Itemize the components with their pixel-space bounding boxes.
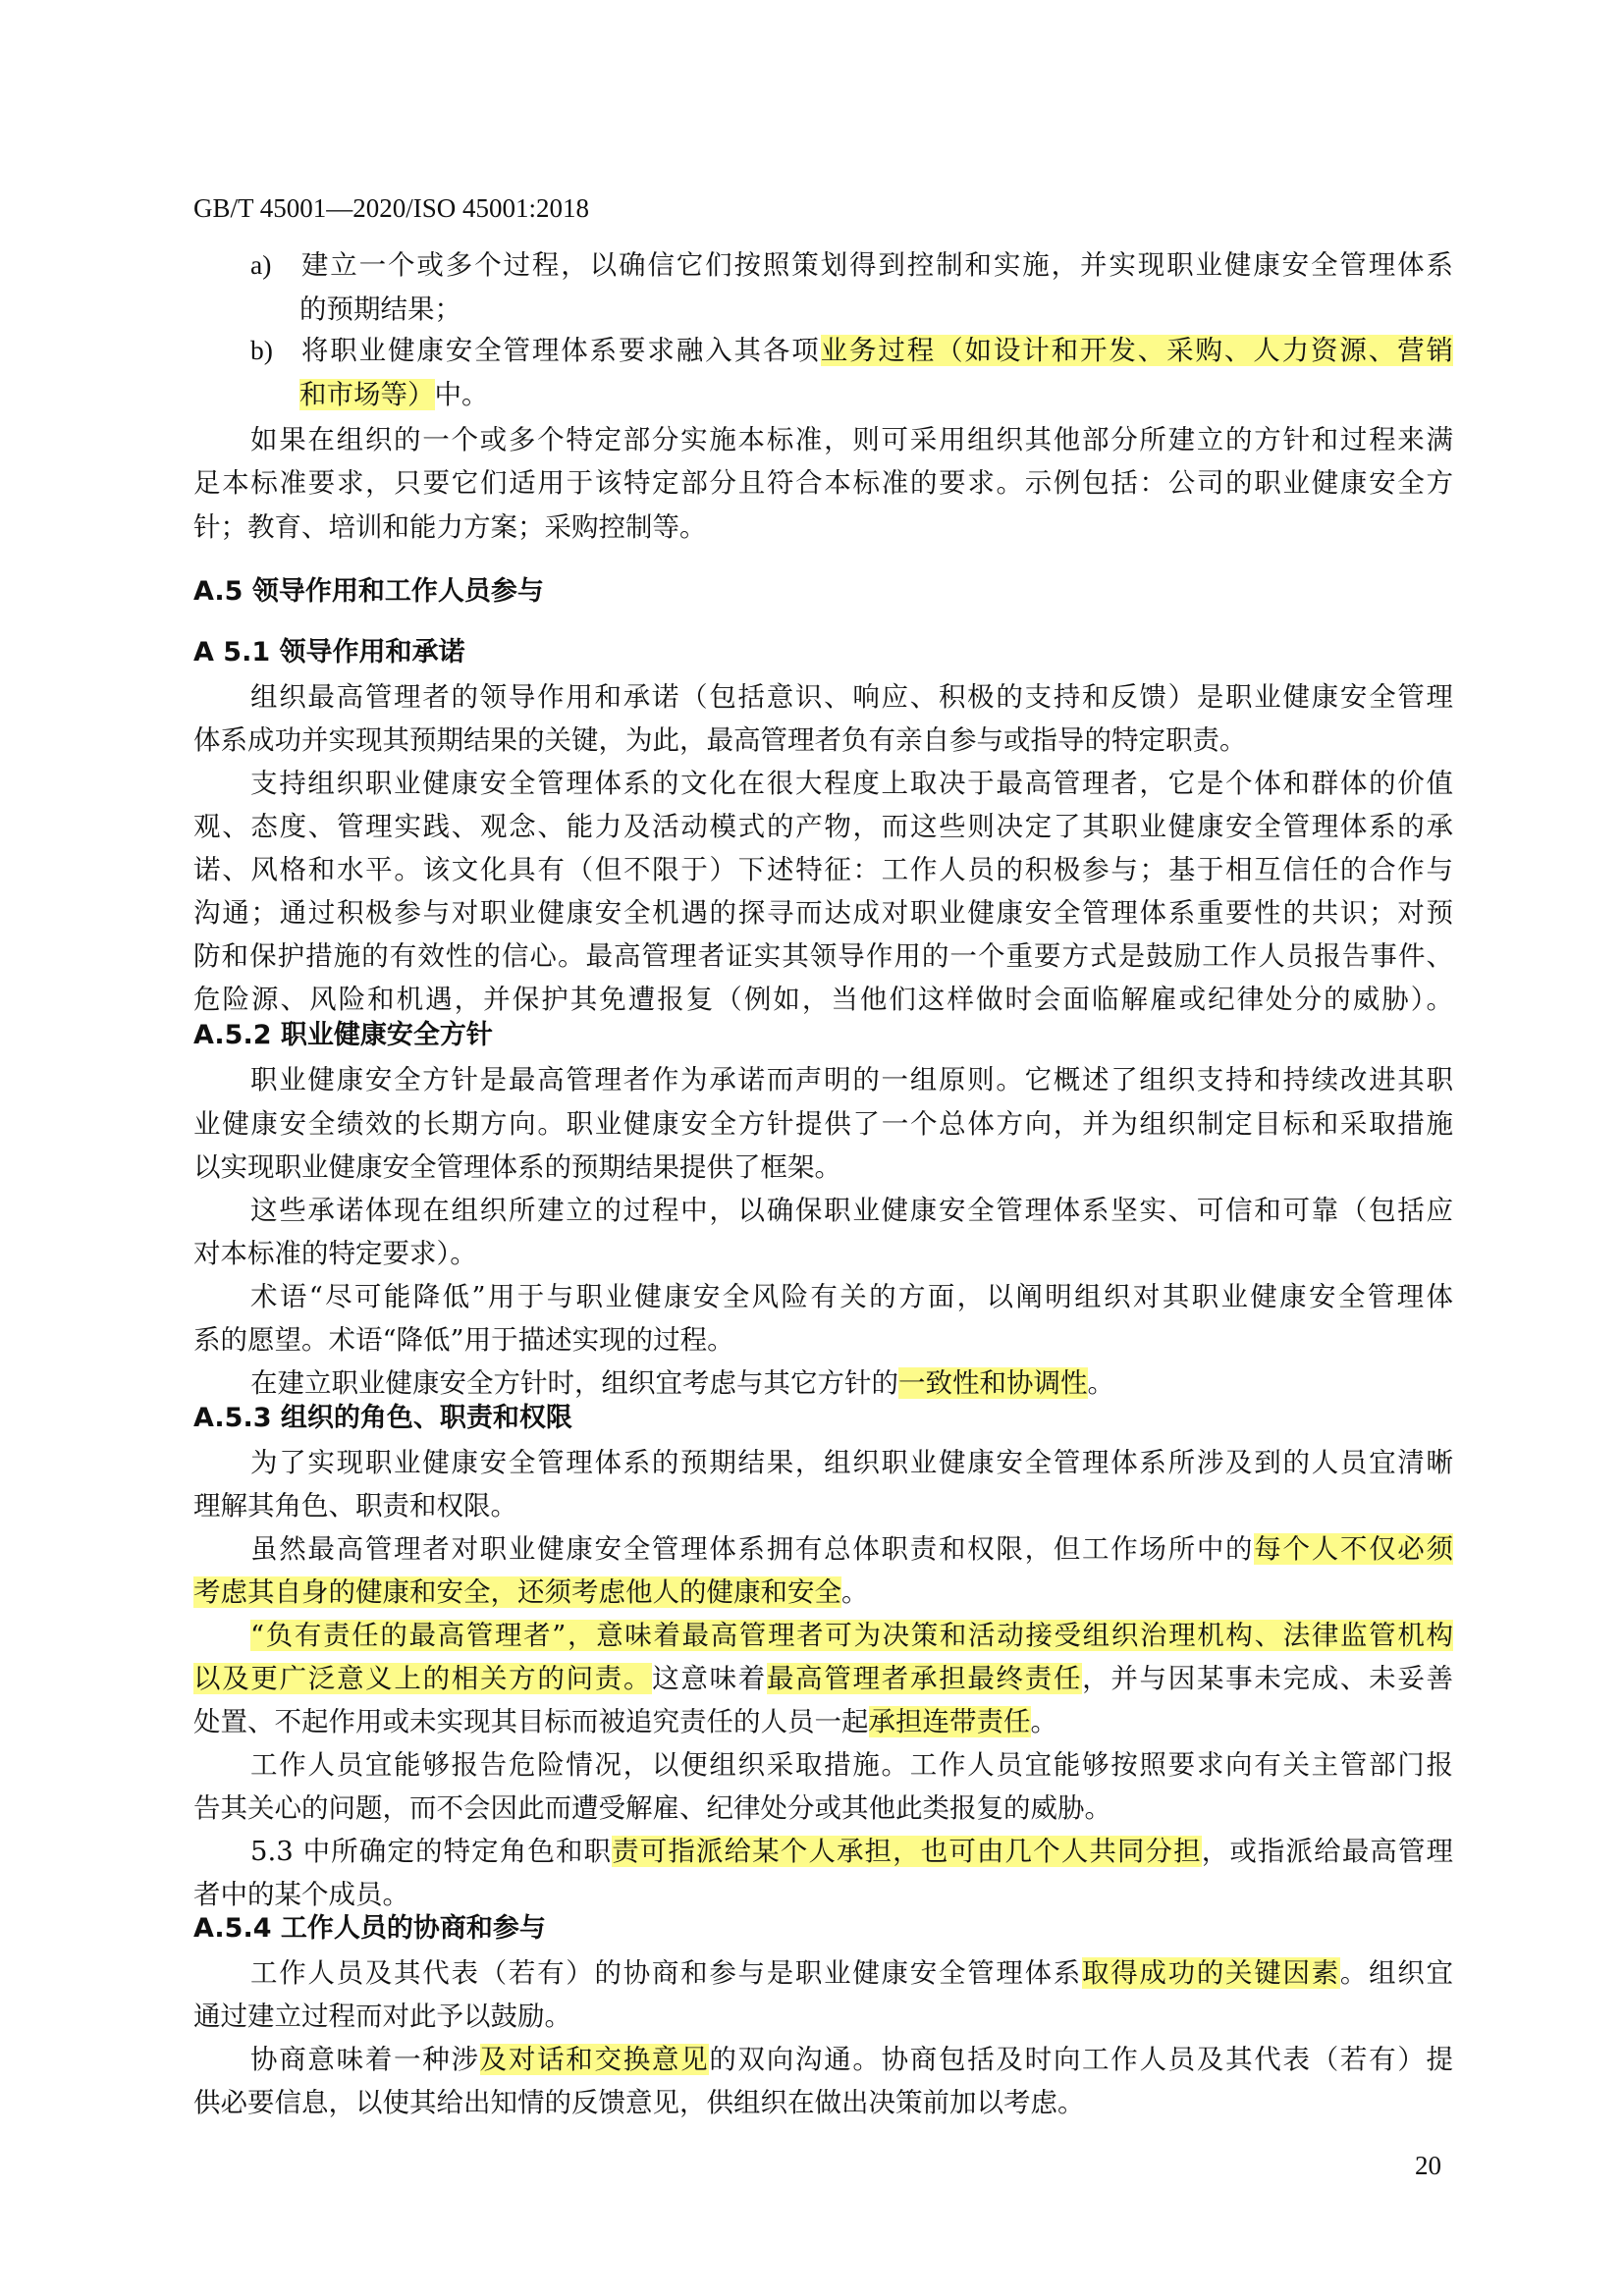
- paragraph-line: 诺、风格和水平。该文化具有（但不限于）下述特征：工作人员的积极参与；基于相互信任…: [193, 850, 1453, 889]
- highlighted-text: 取得成功的关键因素: [1082, 1957, 1340, 1989]
- paragraph-line: 虽然最高管理者对职业健康安全管理体系拥有总体职责和权限，但工作场所中的每个人不仅…: [250, 1529, 1453, 1569]
- text-run: 通过建立过程而对此予以鼓励。: [193, 2001, 571, 2032]
- text-run: 防和保护措施的有效性的信心。最高管理者证实其领导作用的一个重要方式是鼓励工作人员…: [193, 940, 1453, 972]
- document-page: GB/T 45001—2020/ISO 45001:2018 a)建立一个或多个…: [0, 0, 1624, 2296]
- list-item-a-cont: 的预期结果；: [299, 290, 1453, 329]
- paragraph-line: 通过建立过程而对此予以鼓励。: [193, 1997, 1453, 2036]
- text-run: 将职业健康安全管理体系要求融入其各项: [299, 335, 821, 366]
- text-run: 工作人员及其代表（若有）的协商和参与是职业健康安全管理体系: [250, 1957, 1082, 1989]
- text-run: 业健康安全绩效的长期方向。职业健康安全方针提供了一个总体方向，并为组织制定目标和…: [193, 1108, 1453, 1140]
- text-run: 这意味着: [652, 1663, 767, 1694]
- paragraph-line: 以实现职业健康安全管理体系的预期结果提供了框架。: [193, 1148, 1453, 1187]
- highlighted-text: 考虑其自身的健康和安全，还须考虑他人的健康和安全: [193, 1576, 841, 1608]
- paragraph-line: 职业健康安全方针是最高管理者作为承诺而声明的一组原则。它概述了组织支持和持续改进…: [250, 1060, 1453, 1099]
- paragraph-line: “负有责任的最高管理者”，意味着最高管理者可为决策和活动接受组织治理机构、法律监…: [250, 1616, 1453, 1655]
- paragraph-line: 危险源、风险和机遇，并保护其免遭报复（例如，当他们这样做时会面临解雇或纪律处分的…: [193, 980, 1453, 1019]
- list-item-b: b)将职业健康安全管理体系要求融入其各项业务过程（如设计和开发、采购、人力资源、…: [250, 331, 1453, 370]
- text-run: 中。: [435, 379, 489, 410]
- text-run: 的双向沟通。协商包括及时向工作人员及其代表（若有）提: [709, 2044, 1453, 2075]
- text-run: 组织最高管理者的领导作用和承诺（包括意识、响应、积极的支持和反馈）是职业健康安全…: [250, 681, 1453, 713]
- text-run: ，或指派给最高管理: [1202, 1836, 1453, 1867]
- text-run: 支持组织职业健康安全管理体系的文化在很大程度上取决于最高管理者，它是个体和群体的…: [250, 768, 1453, 799]
- standard-header: GB/T 45001—2020/ISO 45001:2018: [193, 192, 589, 224]
- paragraph-line: 系的愿望。术语“降低”用于描述实现的过程。: [193, 1320, 1453, 1360]
- section-heading-a51: A 5.1 领导作用和承诺: [193, 633, 465, 672]
- paragraph-line: 观、态度、管理实践、观念、能力及活动模式的产物，而这些则决定了其职业健康安全管理…: [193, 807, 1453, 846]
- paragraph-line: 针；教育、培训和能力方案；采购控制等。: [193, 507, 1453, 547]
- highlighted-text: 业务过程（如设计和开发、采购、人力资源、营销: [821, 335, 1453, 366]
- list-label: b): [250, 331, 299, 370]
- text-run: 系的愿望。术语“降低”用于描述实现的过程。: [193, 1324, 734, 1356]
- paragraph-line: 术语“尽可能降低”用于与职业健康安全风险有关的方面，以阐明组织对其职业健康安全管…: [250, 1277, 1453, 1316]
- paragraph-line: 沟通；通过积极参与对职业健康安全机遇的探寻而达成对职业健康安全管理体系重要性的共…: [193, 893, 1453, 933]
- paragraph-line: 业健康安全绩效的长期方向。职业健康安全方针提供了一个总体方向，并为组织制定目标和…: [193, 1104, 1453, 1144]
- paragraph-line: 足本标准要求，只要它们适用于该特定部分且符合本标准的要求。示例包括：公司的职业健…: [193, 463, 1453, 503]
- text-run: 针；教育、培训和能力方案；采购控制等。: [193, 511, 707, 543]
- highlighted-text: “负有责任的最高管理者”，意味着最高管理者可为决策和活动接受组织治理机构、法律监…: [250, 1620, 1453, 1651]
- text-run: 者中的某个成员。: [193, 1879, 409, 1910]
- list-item-a: a)建立一个或多个过程，以确信它们按照策划得到控制和实施，并实现职业健康安全管理…: [250, 245, 1453, 285]
- text-run: 体系成功并实现其预期结果的关键，为此，最高管理者负有亲自参与或指导的特定职责。: [193, 724, 1247, 756]
- text-run: 沟通；通过积极参与对职业健康安全机遇的探寻而达成对职业健康安全管理体系重要性的共…: [193, 897, 1453, 929]
- text-run: 为了实现职业健康安全管理体系的预期结果，组织职业健康安全管理体系所涉及到的人员宜…: [250, 1447, 1453, 1478]
- text-run: 这些承诺体现在组织所建立的过程中，以确保职业健康安全管理体系坚实、可信和可靠（包…: [250, 1195, 1453, 1226]
- text-run: 。: [841, 1576, 869, 1608]
- highlighted-text: 以及更广泛意义上的相关方的问责。: [193, 1663, 652, 1694]
- paragraph-line: 组织最高管理者的领导作用和承诺（包括意识、响应、积极的支持和反馈）是职业健康安全…: [250, 677, 1453, 717]
- paragraph-line: 理解其角色、职责和权限。: [193, 1486, 1453, 1525]
- text-run: 在建立职业健康安全方针时，组织宜考虑与其它方针的: [250, 1367, 898, 1399]
- text-run: 。: [1088, 1367, 1115, 1399]
- paragraph-line: 以及更广泛意义上的相关方的问责。这意味着最高管理者承担最终责任，并与因某事未完成…: [193, 1659, 1453, 1698]
- text-run: 虽然最高管理者对职业健康安全管理体系拥有总体职责和权限，但工作场所中的: [250, 1533, 1254, 1565]
- text-run: 理解其角色、职责和权限。: [193, 1490, 517, 1522]
- text-run: 协商意味着一种涉: [250, 2044, 480, 2075]
- highlighted-text: 及对话和交换意见: [480, 2044, 710, 2075]
- text-run: 以实现职业健康安全管理体系的预期结果提供了框架。: [193, 1151, 841, 1183]
- text-run: 诺、风格和水平。该文化具有（但不限于）下述特征：工作人员的积极参与；基于相互信任…: [193, 854, 1453, 885]
- highlighted-text: 每个人不仅必须: [1254, 1533, 1453, 1565]
- text-run: 供必要信息，以使其给出知情的反馈意见，供组织在做出决策前加以考虑。: [193, 2087, 1085, 2118]
- paragraph-line: 这些承诺体现在组织所建立的过程中，以确保职业健康安全管理体系坚实、可信和可靠（包…: [250, 1191, 1453, 1230]
- text-run: 如果在组织的一个或多个特定部分实施本标准，则可采用组织其他部分所建立的方针和过程…: [250, 424, 1453, 455]
- text-run: 观、态度、管理实践、观念、能力及活动模式的产物，而这些则决定了其职业健康安全管理…: [193, 811, 1453, 842]
- paragraph-line: 在建立职业健康安全方针时，组织宜考虑与其它方针的一致性和协调性。: [250, 1363, 1453, 1403]
- paragraph-line: 考虑其自身的健康和安全，还须考虑他人的健康和安全。: [193, 1573, 1453, 1612]
- paragraph-line: 为了实现职业健康安全管理体系的预期结果，组织职业健康安全管理体系所涉及到的人员宜…: [250, 1443, 1453, 1482]
- paragraph-line: 告其关心的问题，而不会因此而遭受解雇、纪律处分或其他此类报复的威胁。: [193, 1789, 1453, 1828]
- text-run: 的预期结果；: [299, 294, 461, 325]
- paragraph-line: 者中的某个成员。: [193, 1875, 1453, 1914]
- text-run: 危险源、风险和机遇，并保护其免遭报复（例如，当他们这样做时会面临解雇或纪律处分的…: [193, 984, 1453, 1015]
- text-run: 职业健康安全方针是最高管理者作为承诺而声明的一组原则。它概述了组织支持和持续改进…: [250, 1064, 1453, 1095]
- paragraph-line: 防和保护措施的有效性的信心。最高管理者证实其领导作用的一个重要方式是鼓励工作人员…: [193, 936, 1453, 976]
- text-run: ，并与因某事未完成、未妥善: [1082, 1663, 1453, 1694]
- text-run: 告其关心的问题，而不会因此而遭受解雇、纪律处分或其他此类报复的威胁。: [193, 1792, 1111, 1824]
- list-label: a): [250, 245, 299, 285]
- text-run: 5.3 中所确定的特定角色和职: [250, 1836, 612, 1867]
- highlighted-text: 和市场等）: [299, 379, 435, 410]
- text-run: 工作人员宜能够报告危险情况，以便组织采取措施。工作人员宜能够按照要求向有关主管部…: [250, 1749, 1453, 1781]
- highlighted-text: 责可指派给某个人承担，也可由几个人共同分担: [612, 1836, 1202, 1867]
- paragraph-line: 对本标准的特定要求）。: [193, 1234, 1453, 1273]
- highlighted-text: 最高管理者承担最终责任: [767, 1663, 1082, 1694]
- paragraph-line: 体系成功并实现其预期结果的关键，为此，最高管理者负有亲自参与或指导的特定职责。: [193, 721, 1453, 760]
- text-run: 足本标准要求，只要它们适用于该特定部分且符合本标准的要求。示例包括：公司的职业健…: [193, 467, 1453, 499]
- paragraph-line: 如果在组织的一个或多个特定部分实施本标准，则可采用组织其他部分所建立的方针和过程…: [250, 420, 1453, 459]
- paragraph-line: 供必要信息，以使其给出知情的反馈意见，供组织在做出决策前加以考虑。: [193, 2083, 1453, 2122]
- highlighted-text: 一致性和协调性: [898, 1367, 1088, 1399]
- paragraph-line: 协商意味着一种涉及对话和交换意见的双向沟通。协商包括及时向工作人员及其代表（若有…: [250, 2040, 1453, 2079]
- section-heading-a53: A.5.3 组织的角色、职责和权限: [193, 1399, 572, 1438]
- section-heading-a5: A.5 领导作用和工作人员参与: [193, 572, 544, 612]
- paragraph-line: 支持组织职业健康安全管理体系的文化在很大程度上取决于最高管理者，它是个体和群体的…: [250, 764, 1453, 803]
- page-number: 20: [1415, 2150, 1441, 2181]
- text-run: 术语“尽可能降低”用于与职业健康安全风险有关的方面，以阐明组织对其职业健康安全管…: [250, 1281, 1453, 1312]
- section-heading-a52: A.5.2 职业健康安全方针: [193, 1016, 493, 1055]
- list-item-b-cont: 和市场等）中。: [299, 375, 1453, 414]
- paragraph-line: 工作人员宜能够报告危险情况，以便组织采取措施。工作人员宜能够按照要求向有关主管部…: [250, 1745, 1453, 1785]
- text-run: 。: [1031, 1706, 1058, 1737]
- paragraph-line: 工作人员及其代表（若有）的协商和参与是职业健康安全管理体系取得成功的关键因素。组…: [250, 1953, 1453, 1993]
- text-run: 处置、不起作用或未实现其目标而被追究责任的人员一起: [193, 1706, 869, 1737]
- text-run: 对本标准的特定要求）。: [193, 1238, 477, 1269]
- text-run: 。组织宜: [1340, 1957, 1453, 1989]
- highlighted-text: 承担连带责任: [869, 1706, 1031, 1737]
- section-heading-a54: A.5.4 工作人员的协商和参与: [193, 1909, 546, 1949]
- text-run: 建立一个或多个过程，以确信它们按照策划得到控制和实施，并实现职业健康安全管理体系: [299, 249, 1453, 281]
- paragraph-line: 处置、不起作用或未实现其目标而被追究责任的人员一起承担连带责任。: [193, 1702, 1453, 1741]
- paragraph-line: 5.3 中所确定的特定角色和职责可指派给某个人承担，也可由几个人共同分担，或指派…: [250, 1832, 1453, 1871]
